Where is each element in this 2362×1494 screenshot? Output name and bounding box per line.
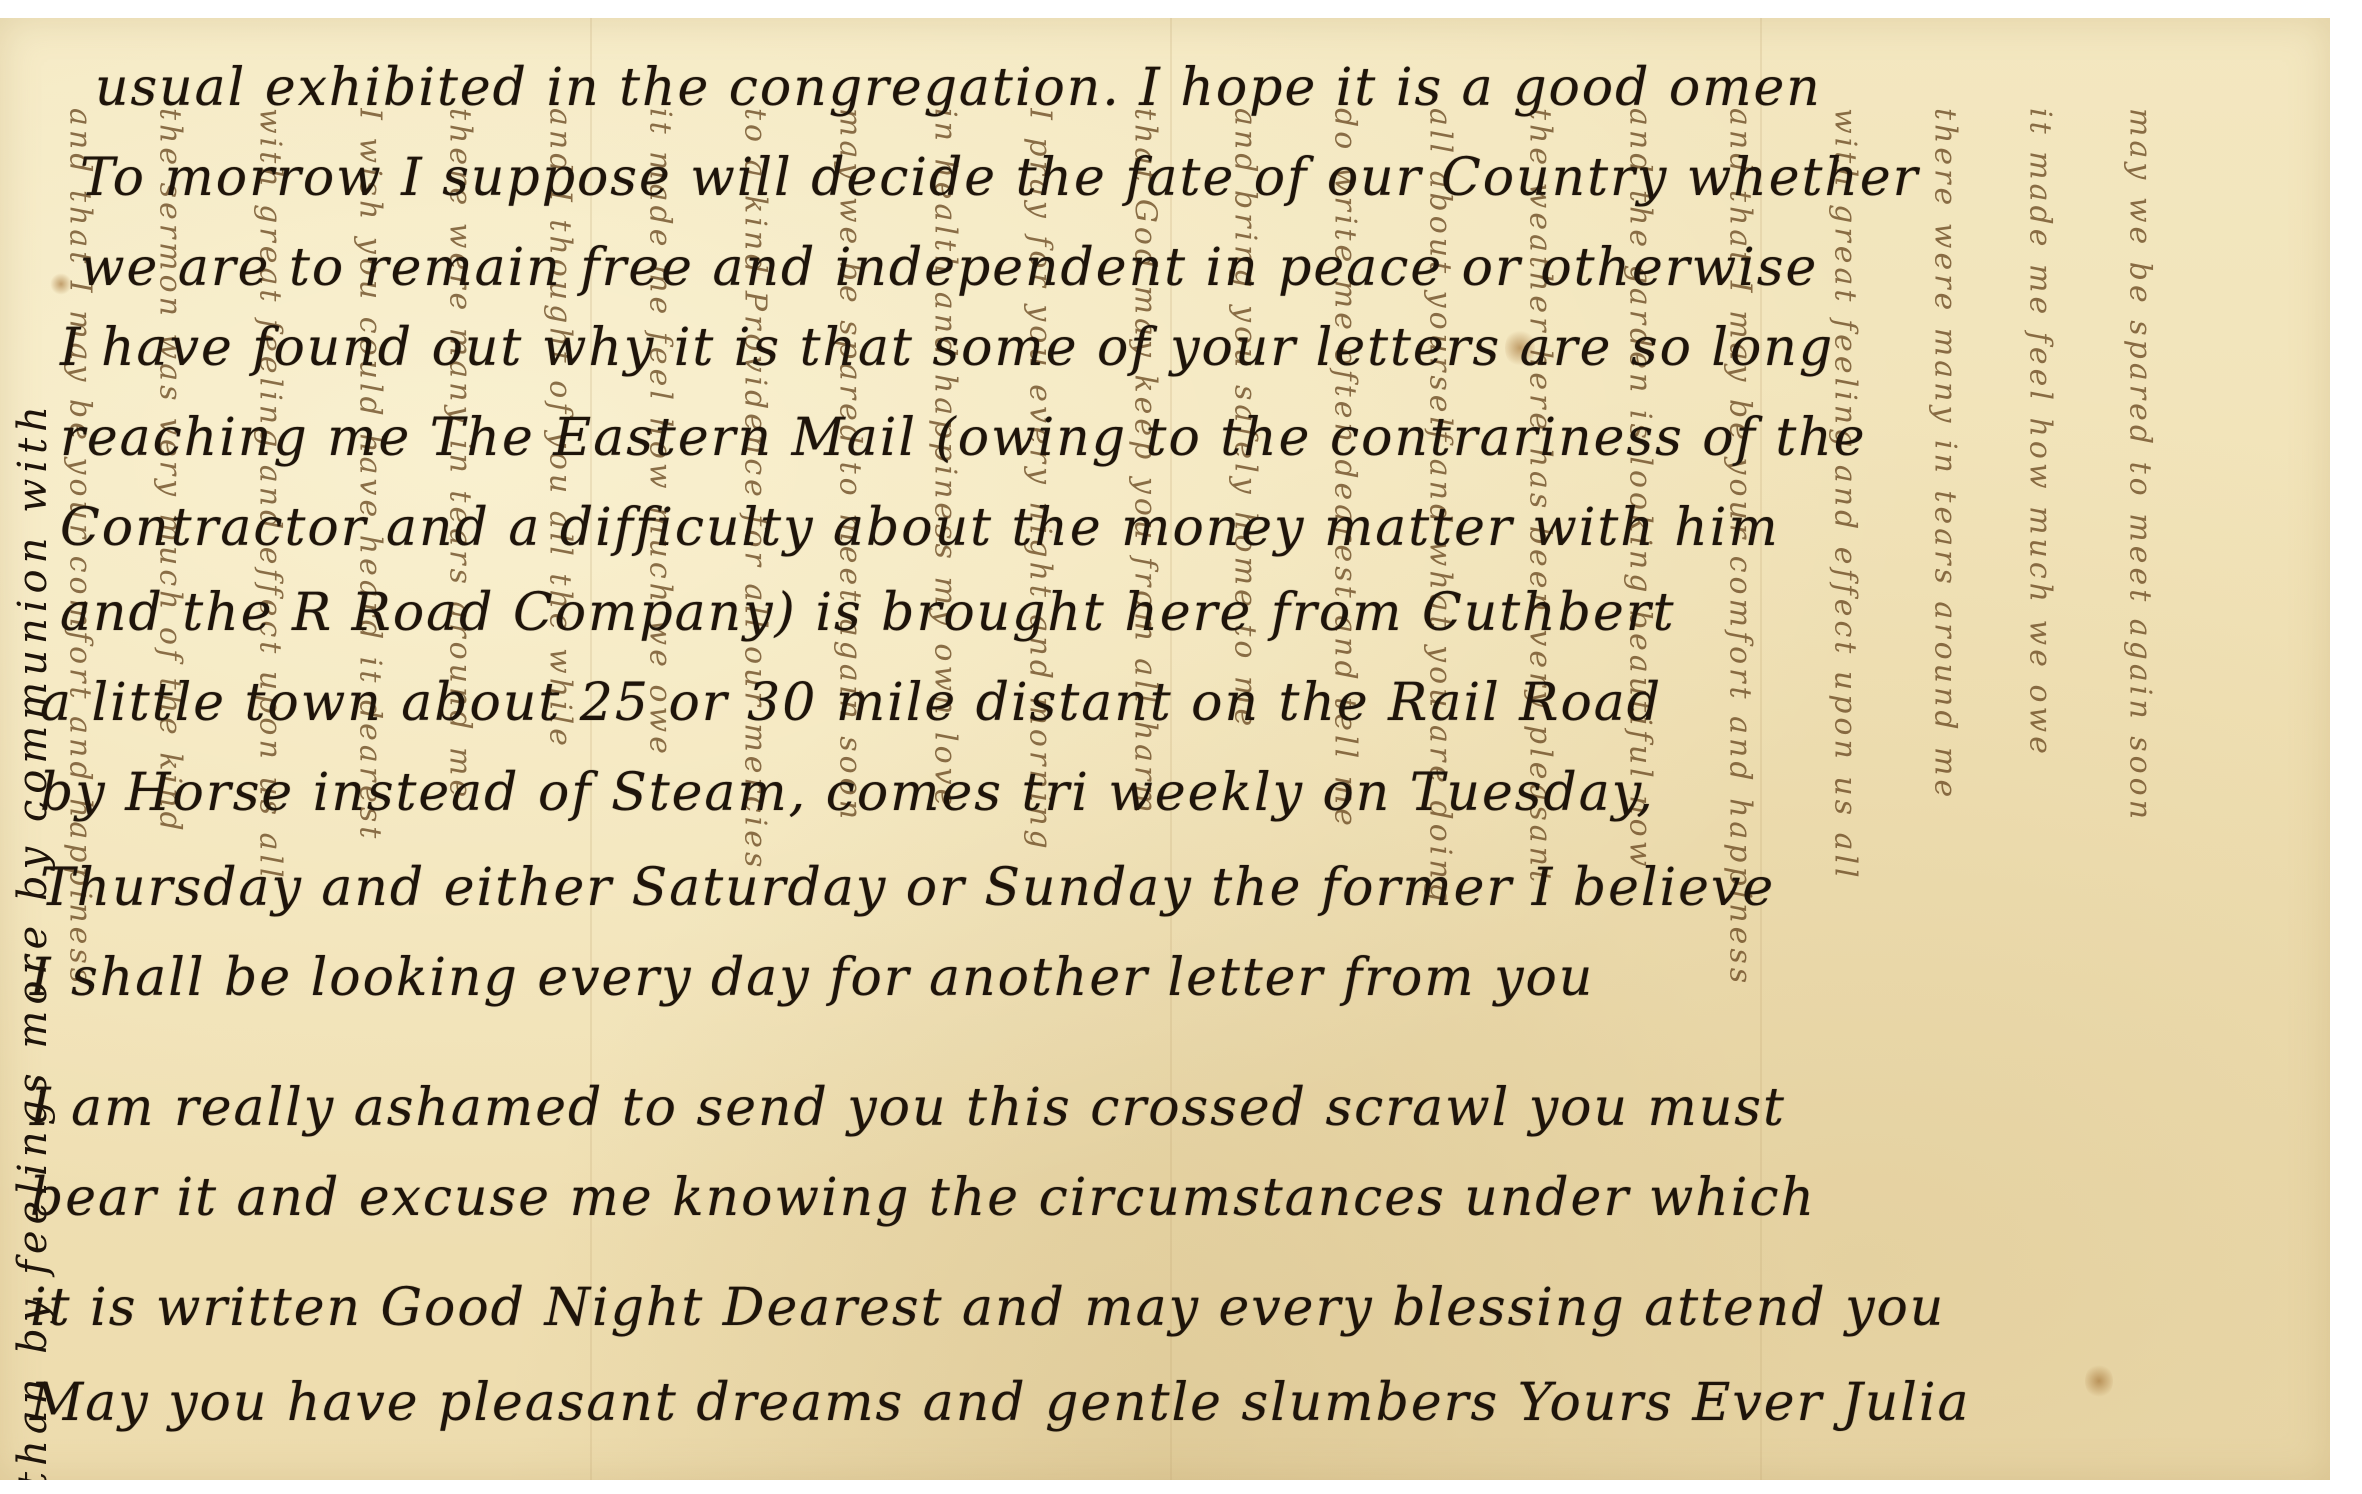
letter-line: May you have pleasant dreams and gentle … [30, 1373, 1970, 1433]
letter-line: Contractor and a difficulty about the mo… [60, 498, 1780, 558]
letter-page: and that I may be your comfort and happi… [0, 18, 2330, 1480]
letter-line: I have found out why it is that some of … [60, 318, 1834, 378]
letter-line: bear it and excuse me knowing the circum… [30, 1168, 1816, 1228]
letter-line: I shall be looking every day for another… [30, 948, 1594, 1008]
letter-line: Thursday and either Saturday or Sunday t… [40, 858, 1775, 918]
crossed-column: may we be spared to meet again soon [2120, 108, 2160, 1478]
crossed-text: there were many in tears around me [1928, 108, 1963, 801]
crossed-column: and that I may be your comfort and happi… [1720, 108, 1760, 1478]
crossed-text: I pray for you every night and morning [1023, 108, 1058, 853]
crossed-text: may we be spared to meet again soon [2123, 108, 2158, 823]
ink-stain [2085, 1363, 2113, 1399]
letter-line: we are to remain free and independent in… [80, 238, 1818, 298]
letter-line: reaching me The Eastern Mail (owing to t… [60, 408, 1867, 468]
crossed-text: it made me feel how much we owe [2023, 108, 2058, 758]
letter-line: it is written Good Night Dearest and may… [30, 1278, 1945, 1338]
letter-line: To morrow I suppose will decide the fate… [80, 148, 1920, 208]
letter-line: usual exhibited in the congregation. I h… [95, 58, 1822, 118]
crossed-text: with great feeling and effect upon us al… [1828, 108, 1863, 882]
letter-line: a little town about 25 or 30 mile distan… [40, 673, 1662, 733]
crossed-column: there were many in tears around me [1925, 108, 1965, 1478]
crossed-column: it made me feel how much we owe [2020, 108, 2060, 1478]
letter-line: and the R Road Company) is brought here … [60, 583, 1675, 643]
crossed-text: to a kind Providence for all our mercies [738, 108, 773, 871]
crossed-column: with great feeling and effect upon us al… [1825, 108, 1865, 1478]
crossed-text: and the garden is looking beautiful now [1623, 108, 1658, 870]
letter-line: I am really ashamed to send you this cro… [30, 1078, 1786, 1138]
letter-line: by Horse instead of Steam, comes tri wee… [40, 763, 1655, 823]
